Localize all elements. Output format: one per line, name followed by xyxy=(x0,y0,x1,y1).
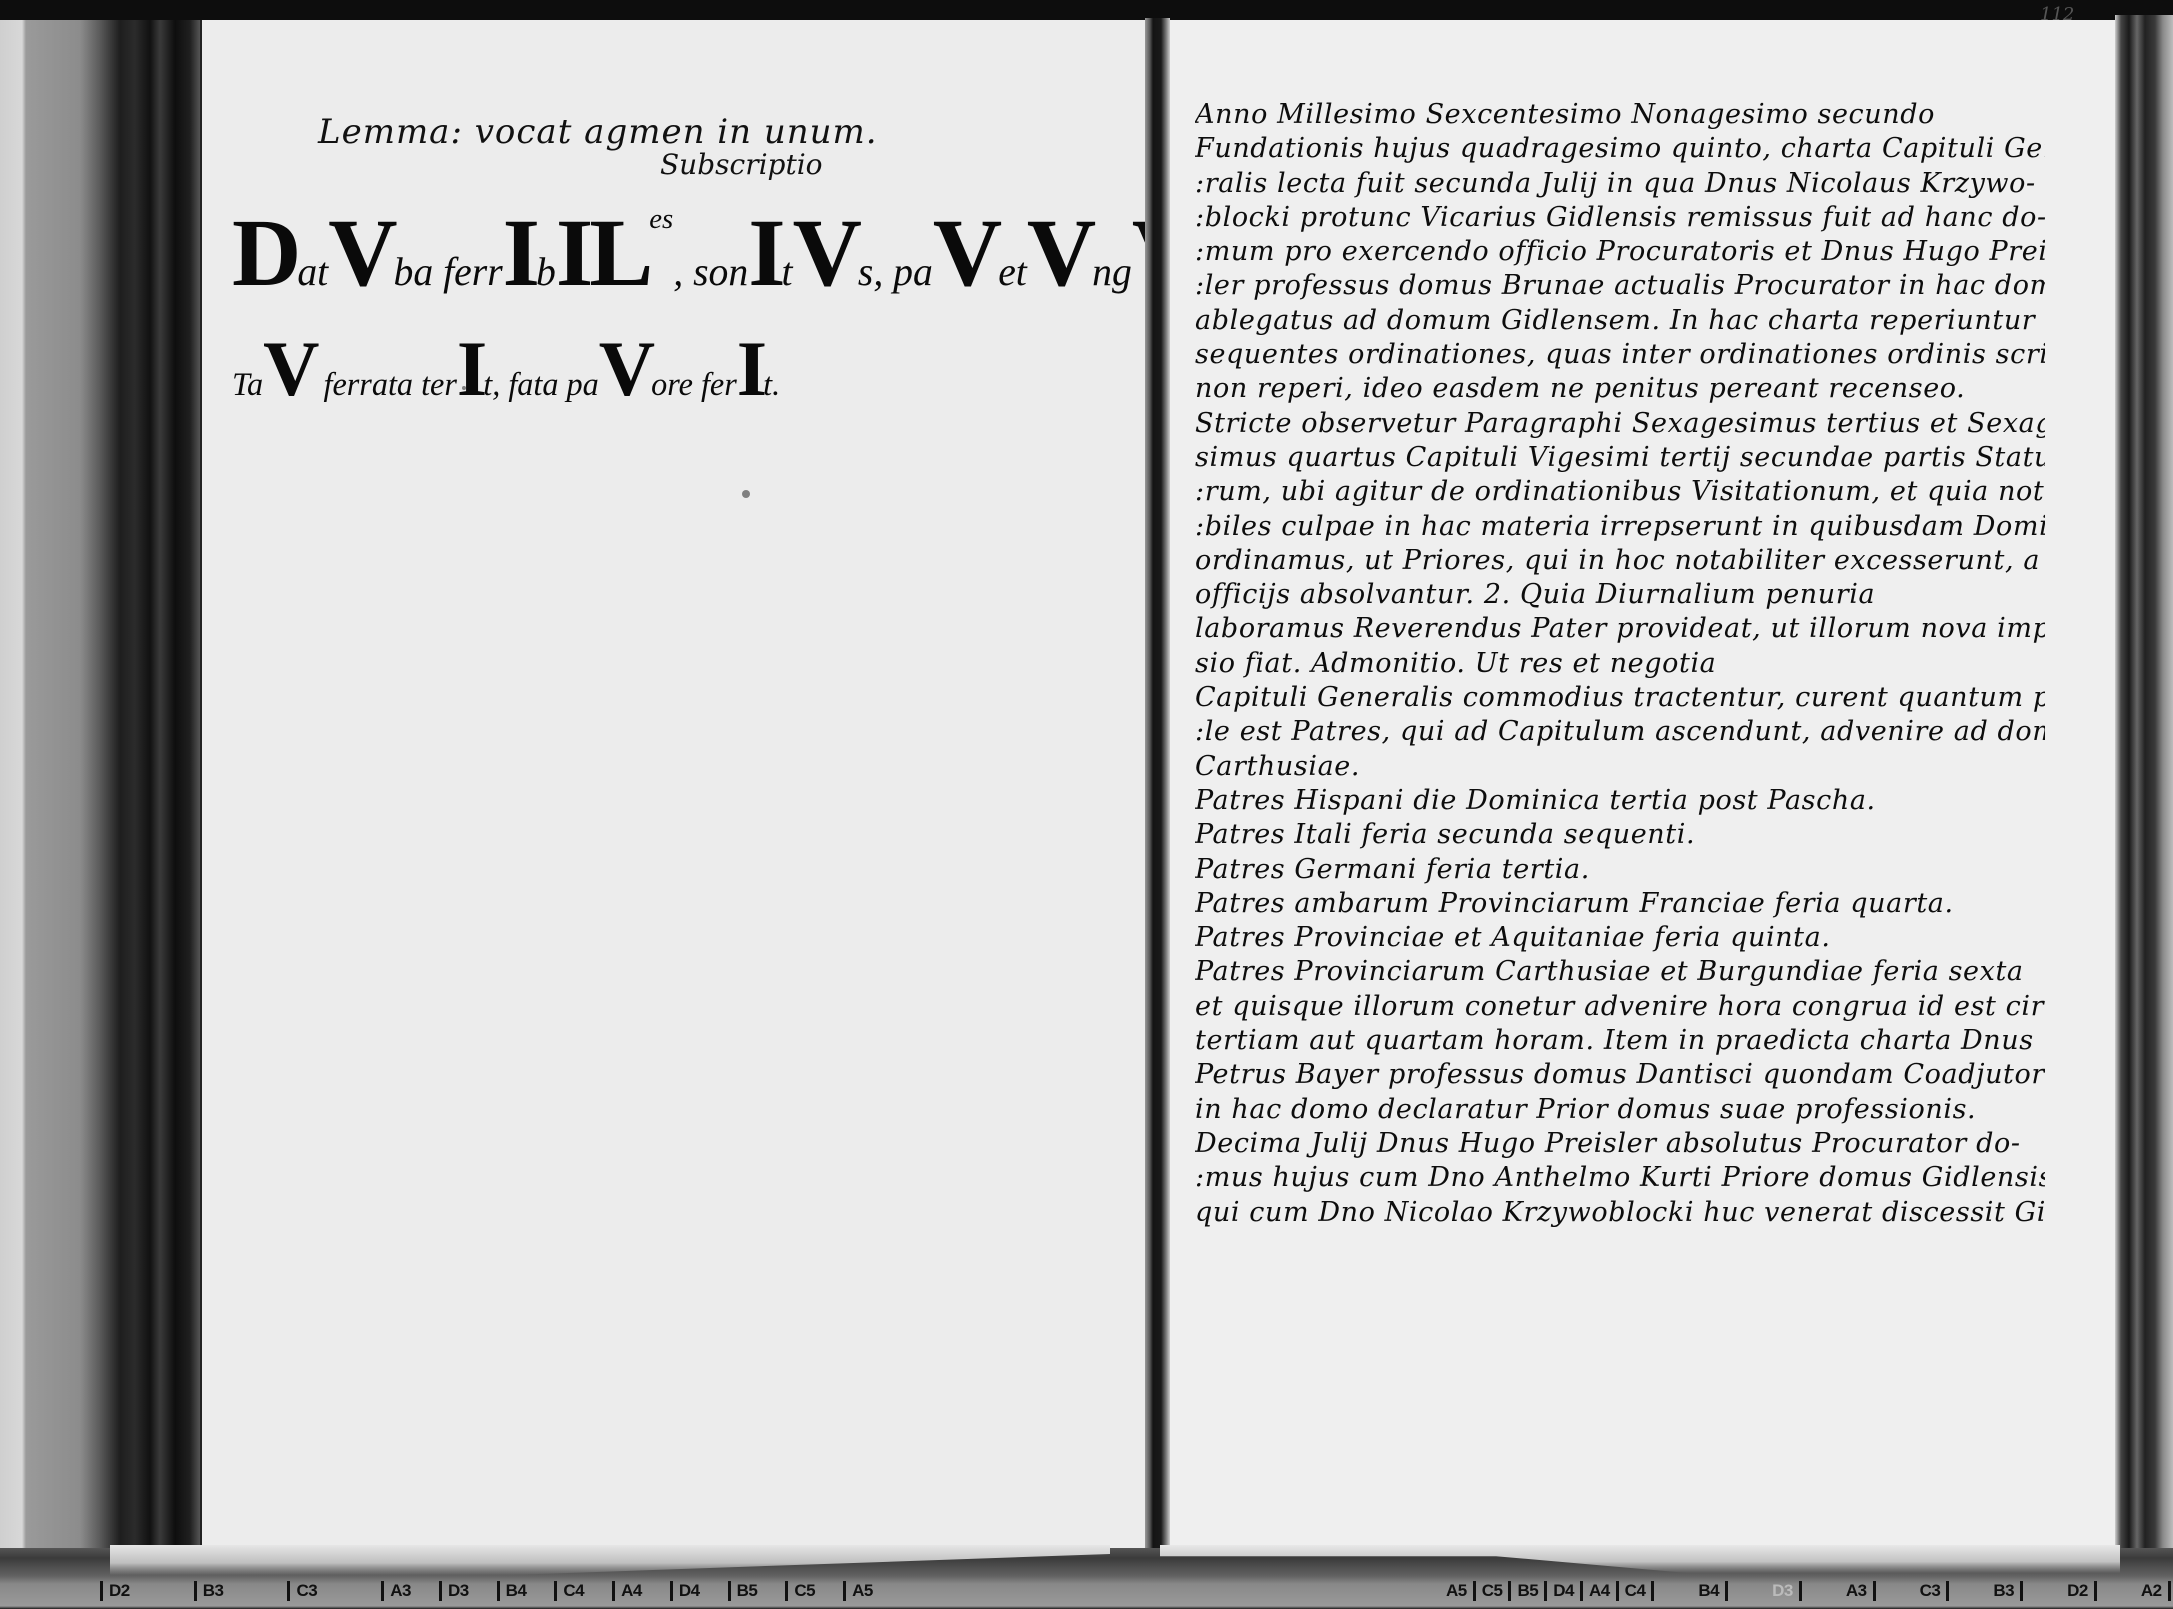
scale-marker: B4 xyxy=(1692,1581,1728,1601)
manuscript-line: tertiam aut quartam horam. Item in praed… xyxy=(1195,1024,2045,1058)
chronogram-letters: t xyxy=(782,250,793,294)
scale-marker: B3 xyxy=(194,1581,230,1601)
manuscript-line: Patres ambarum Provinciarum Franciae fer… xyxy=(1195,887,2045,921)
scale-marker: A5 xyxy=(1440,1581,1476,1601)
manuscript-line: Fundationis hujus quadragesimo quinto, c… xyxy=(1195,132,2045,166)
chronogram-numeral: V xyxy=(1027,199,1092,306)
left-page-stack-edges xyxy=(0,20,205,1565)
chronogram-letters: et xyxy=(998,250,1027,294)
chronogram-letters: ng xyxy=(1092,250,1132,294)
chronogram-numeral: V xyxy=(793,199,858,306)
manuscript-line: officijs absolvantur. 2. Quia Diurnalium… xyxy=(1195,578,2045,612)
chronogram-numeral: I xyxy=(748,199,781,306)
chronogram-letters: , son xyxy=(673,250,748,294)
scale-marker: B5 xyxy=(1511,1581,1547,1601)
scale-marker: B3 xyxy=(1987,1581,2023,1601)
scale-marker: C5 xyxy=(1476,1581,1512,1601)
manuscript-line: Stricte observetur Paragraphi Sexagesimu… xyxy=(1195,407,2045,441)
manuscript-line: :rum, ubi agitur de ordinationibus Visit… xyxy=(1195,475,2045,509)
manuscript-line: sequentes ordinationes, quas inter ordin… xyxy=(1195,338,2045,372)
scale-marker: C3 xyxy=(1914,1581,1950,1601)
chronogram-numeral: D xyxy=(232,199,297,306)
manuscript-line: ordinamus, ut Priores, qui in hoc notabi… xyxy=(1195,544,2045,578)
scale-marker: B5 xyxy=(728,1581,764,1601)
scale-marker: B4 xyxy=(497,1581,533,1601)
manuscript-line: non reperi, ideo easdem ne penitus perea… xyxy=(1195,372,2045,406)
chronogram-letters: t. xyxy=(763,366,780,402)
scale-marker: D4 xyxy=(1547,1581,1583,1601)
chronogram-numeral: I xyxy=(737,325,763,412)
chronogram-letters: b xyxy=(536,250,556,294)
manuscript-line: Capituli Generalis commodius tractentur,… xyxy=(1195,681,2045,715)
microfilm-scale-right: A5C5B5D4A4C4B4D3A3C3B3D2A2 xyxy=(1440,1580,2173,1602)
manuscript-line: Patres Provinciae et Aquitaniae feria qu… xyxy=(1195,921,2045,955)
manuscript-line: Patres Itali feria secunda sequenti. xyxy=(1195,818,2045,852)
chronogram-numeral: V xyxy=(599,325,651,412)
chronogram-letters: es xyxy=(649,203,673,235)
manuscript-text-block: Anno Millesimo Sexcentesimo Nonagesimo s… xyxy=(1195,98,2045,1230)
book-gutter xyxy=(1145,18,1170,1553)
scale-marker: C4 xyxy=(1619,1581,1655,1601)
chronogram-numeral: V xyxy=(263,325,315,412)
chronogram-numeral: V xyxy=(328,199,393,306)
manuscript-line: :ralis lecta fuit secunda Julij in qua D… xyxy=(1195,167,2045,201)
scale-marker: A3 xyxy=(381,1581,417,1601)
scale-marker: C3 xyxy=(287,1581,323,1601)
chronogram-letters: t, fata pa xyxy=(483,366,599,402)
manuscript-line: qui cum Dno Nicolao Krzywoblocki huc ven… xyxy=(1195,1196,2045,1230)
folio-number: 112 xyxy=(2040,4,2074,25)
scale-marker: C5 xyxy=(785,1581,821,1601)
ink-speck xyxy=(462,386,466,390)
ink-speck xyxy=(742,490,750,498)
manuscript-line: Patres Provinciarum Carthusiae et Burgun… xyxy=(1195,955,2045,989)
manuscript-line: et quisque illorum conetur advenire hora… xyxy=(1195,990,2045,1024)
manuscript-line: Petrus Bayer professus domus Dantisci qu… xyxy=(1195,1058,2045,1092)
manuscript-line: :ler professus domus Brunae actualis Pro… xyxy=(1195,269,2045,303)
manuscript-line: laboramus Reverendus Pater provideat, ut… xyxy=(1195,612,2045,646)
microfilm-scale-left: D2B3C3A3D3B4C4A4D4B5C5A5 xyxy=(100,1580,901,1602)
scale-marker: C4 xyxy=(554,1581,590,1601)
chronogram-letters: ba ferr xyxy=(394,250,503,294)
chronogram-letters: ore fer xyxy=(651,366,737,402)
manuscript-line: :mus hujus cum Dno Anthelmo Kurti Priore… xyxy=(1195,1161,2045,1195)
scale-marker: D2 xyxy=(100,1581,136,1601)
chronogram-letters: Ta xyxy=(232,366,263,402)
manuscript-line: in hac domo declaratur Prior domus suae … xyxy=(1195,1093,2045,1127)
chronogram-numeral: I xyxy=(503,199,536,306)
manuscript-line: :blocki protunc Vicarius Gidlensis remis… xyxy=(1195,201,2045,235)
chronogram-letters: t xyxy=(317,250,328,294)
subscriptio-label: Subscriptio xyxy=(660,148,823,181)
scale-marker: A5 xyxy=(843,1581,879,1601)
manuscript-line: sio fiat. Admonitio. Ut res et negotia xyxy=(1195,647,2045,681)
scale-marker: A2 xyxy=(2135,1581,2171,1601)
scale-marker: A4 xyxy=(1583,1581,1619,1601)
chronogram-line-2: TaV ferrata terIt, fata paVore ferIt. xyxy=(232,330,780,408)
chronogram-letters: ferrata ter xyxy=(315,366,456,402)
chronogram-letters: a xyxy=(297,250,317,294)
microfilm-top-border xyxy=(0,0,2173,22)
scale-marker: D3 xyxy=(1766,1581,1802,1601)
chronogram-numeral: IL xyxy=(556,199,649,306)
manuscript-line: Patres Germani feria tertia. xyxy=(1195,853,2045,887)
manuscript-line: :mum pro exercendo officio Procuratoris … xyxy=(1195,235,2045,269)
scale-marker: A4 xyxy=(612,1581,648,1601)
chronogram-numeral: V xyxy=(933,199,998,306)
manuscript-line: Patres Hispani die Dominica tertia post … xyxy=(1195,784,2045,818)
manuscript-line: :le est Patres, qui ad Capitulum ascendu… xyxy=(1195,715,2045,749)
scale-marker: D2 xyxy=(2061,1581,2097,1601)
manuscript-line: Decima Julij Dnus Hugo Preisler absolutu… xyxy=(1195,1127,2045,1161)
scale-marker: A3 xyxy=(1840,1581,1876,1601)
lemma-heading: Lemma: vocat agmen in unum. xyxy=(318,112,878,152)
chronogram-numeral: I xyxy=(457,325,483,412)
manuscript-line: ablegatus ad domum Gidlensem. In hac cha… xyxy=(1195,304,2045,338)
scale-marker: D3 xyxy=(439,1581,475,1601)
manuscript-line: Anno Millesimo Sexcentesimo Nonagesimo s… xyxy=(1195,98,2045,132)
manuscript-line: :biles culpae in hac materia irrepserunt… xyxy=(1195,510,2045,544)
manuscript-line: Carthusiae. xyxy=(1195,750,2045,784)
right-page-stack-edges xyxy=(2115,15,2173,1560)
scale-marker: D4 xyxy=(670,1581,706,1601)
chronogram-letters: s, pa xyxy=(858,250,933,294)
manuscript-line: simus quartus Capituli Vigesimi tertij s… xyxy=(1195,441,2045,475)
